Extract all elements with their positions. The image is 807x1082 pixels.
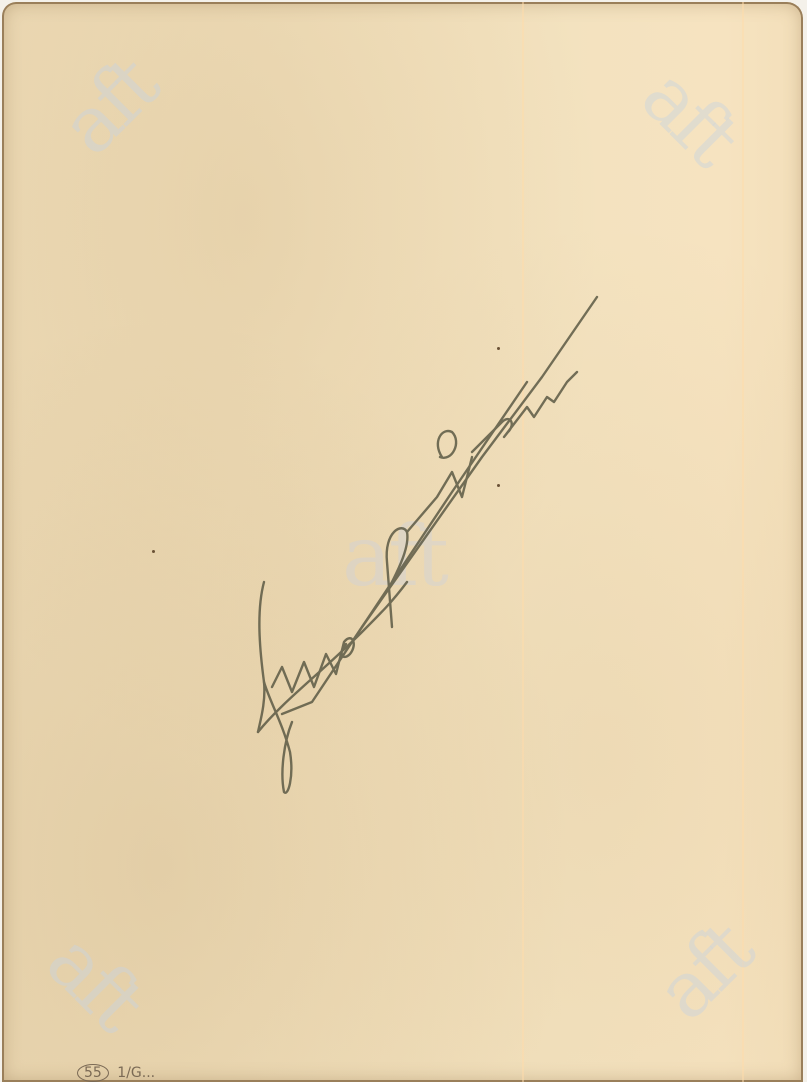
handwritten-signature	[242, 282, 612, 802]
watermark-top-left: aft	[44, 42, 175, 173]
pencil-inventory-note: 55 1/G...	[77, 1064, 155, 1080]
ink-speck	[152, 550, 155, 553]
watermark-top-right: aft	[624, 52, 755, 183]
circled-number: 55	[77, 1064, 109, 1080]
watermark-bottom-left: aft	[29, 917, 160, 1048]
ink-speck	[497, 484, 500, 487]
watermark-bottom-right: aft	[639, 907, 770, 1038]
photo-card-back: aft aft aft aft aft 55 1/G...	[2, 2, 803, 1080]
ink-speck	[497, 347, 500, 350]
pencil-note-text: 1/G...	[117, 1065, 155, 1080]
paper-streak	[742, 2, 744, 1080]
